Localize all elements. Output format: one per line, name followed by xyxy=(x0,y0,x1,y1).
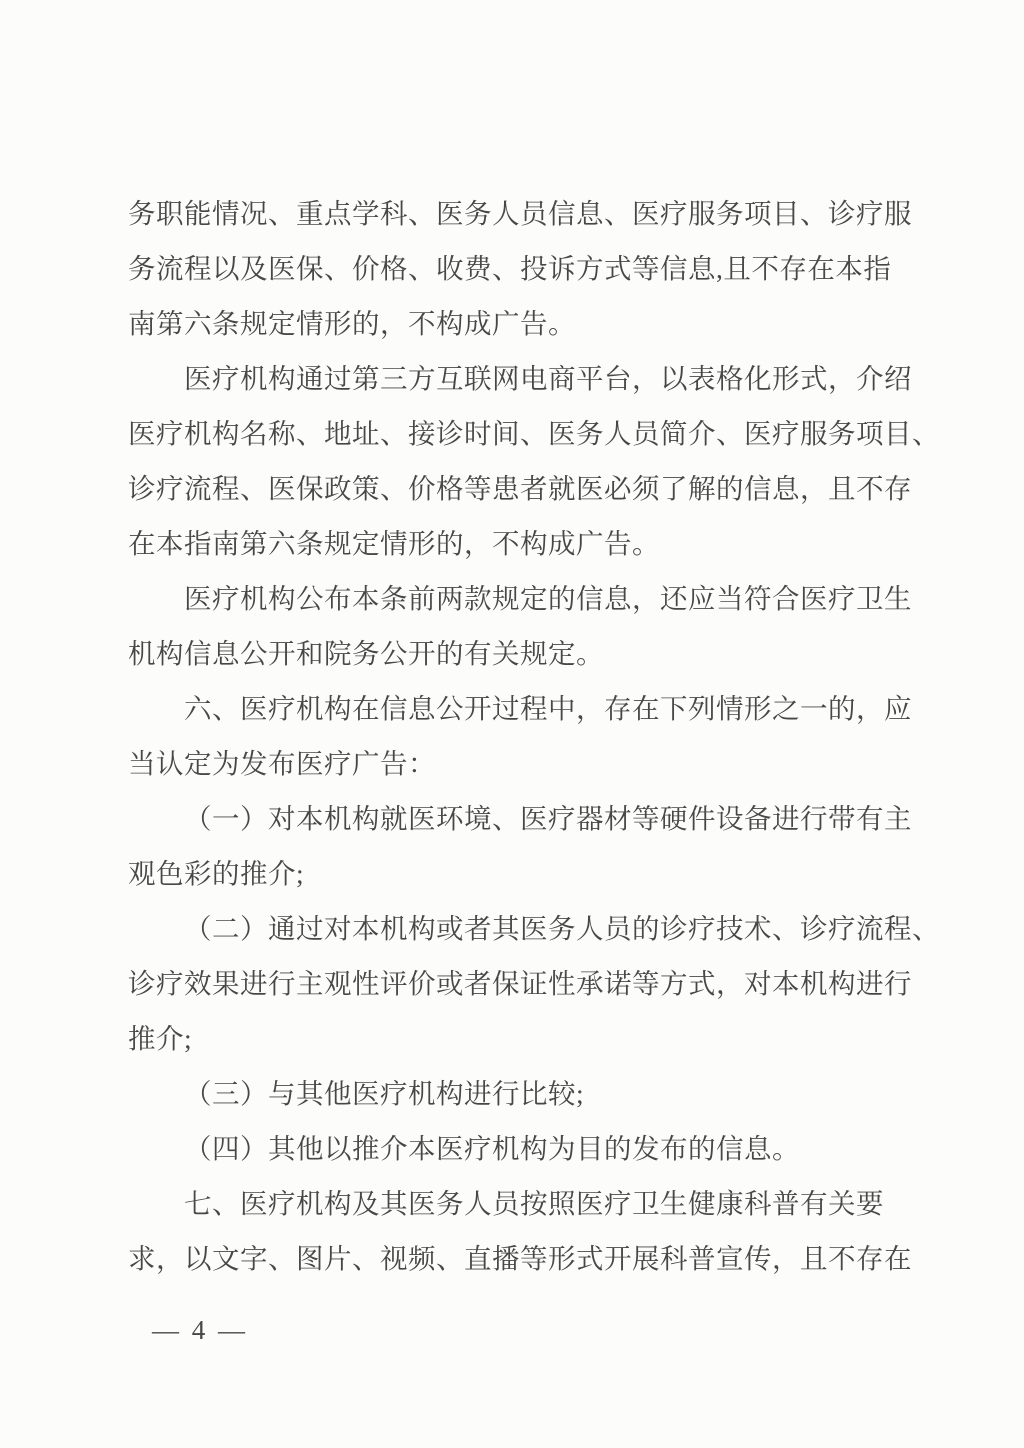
text-line: 务流程以及医保、价格、收费、投诉方式等信息,且不存在本指 xyxy=(128,241,928,296)
text-line: 当认定为发布医疗广告： xyxy=(128,736,928,791)
text-line: 机构信息公开和院务公开的有关规定。 xyxy=(128,626,928,681)
document-text-block: 务职能情况、重点学科、医务人员信息、医疗服务项目、诊疗服 务流程以及医保、价格、… xyxy=(128,186,928,1286)
text-line: 医疗机构名称、地址、接诊时间、医务人员简介、医疗服务项目、 xyxy=(128,406,928,461)
text-line: （一）对本机构就医环境、医疗器材等硬件设备进行带有主 xyxy=(128,791,928,846)
text-line: 在本指南第六条规定情形的，不构成广告。 xyxy=(128,516,928,571)
page-number: — 4 — xyxy=(152,1303,248,1358)
text-line: 医疗机构通过第三方互联网电商平台，以表格化形式，介绍 xyxy=(128,351,928,406)
text-line: 六、医疗机构在信息公开过程中，存在下列情形之一的，应 xyxy=(128,681,928,736)
text-line: 诊疗流程、医保政策、价格等患者就医必须了解的信息，且不存 xyxy=(128,461,928,516)
text-line: 七、医疗机构及其医务人员按照医疗卫生健康科普有关要 xyxy=(128,1176,928,1231)
document-page: 务职能情况、重点学科、医务人员信息、医疗服务项目、诊疗服 务流程以及医保、价格、… xyxy=(0,0,1024,1448)
text-line: （二）通过对本机构或者其医务人员的诊疗技术、诊疗流程、 xyxy=(128,901,928,956)
text-line: （四）其他以推介本医疗机构为目的发布的信息。 xyxy=(128,1121,928,1176)
text-line: 诊疗效果进行主观性评价或者保证性承诺等方式，对本机构进行 xyxy=(128,956,928,1011)
text-line: （三）与其他医疗机构进行比较; xyxy=(128,1066,928,1121)
text-line: 观色彩的推介; xyxy=(128,846,928,901)
text-line: 求，以文字、图片、视频、直播等形式开展科普宣传，且不存在 xyxy=(128,1231,928,1286)
text-line: 医疗机构公布本条前两款规定的信息，还应当符合医疗卫生 xyxy=(128,571,928,626)
text-line: 推介; xyxy=(128,1011,928,1066)
text-line: 务职能情况、重点学科、医务人员信息、医疗服务项目、诊疗服 xyxy=(128,186,928,241)
text-line: 南第六条规定情形的，不构成广告。 xyxy=(128,296,928,351)
